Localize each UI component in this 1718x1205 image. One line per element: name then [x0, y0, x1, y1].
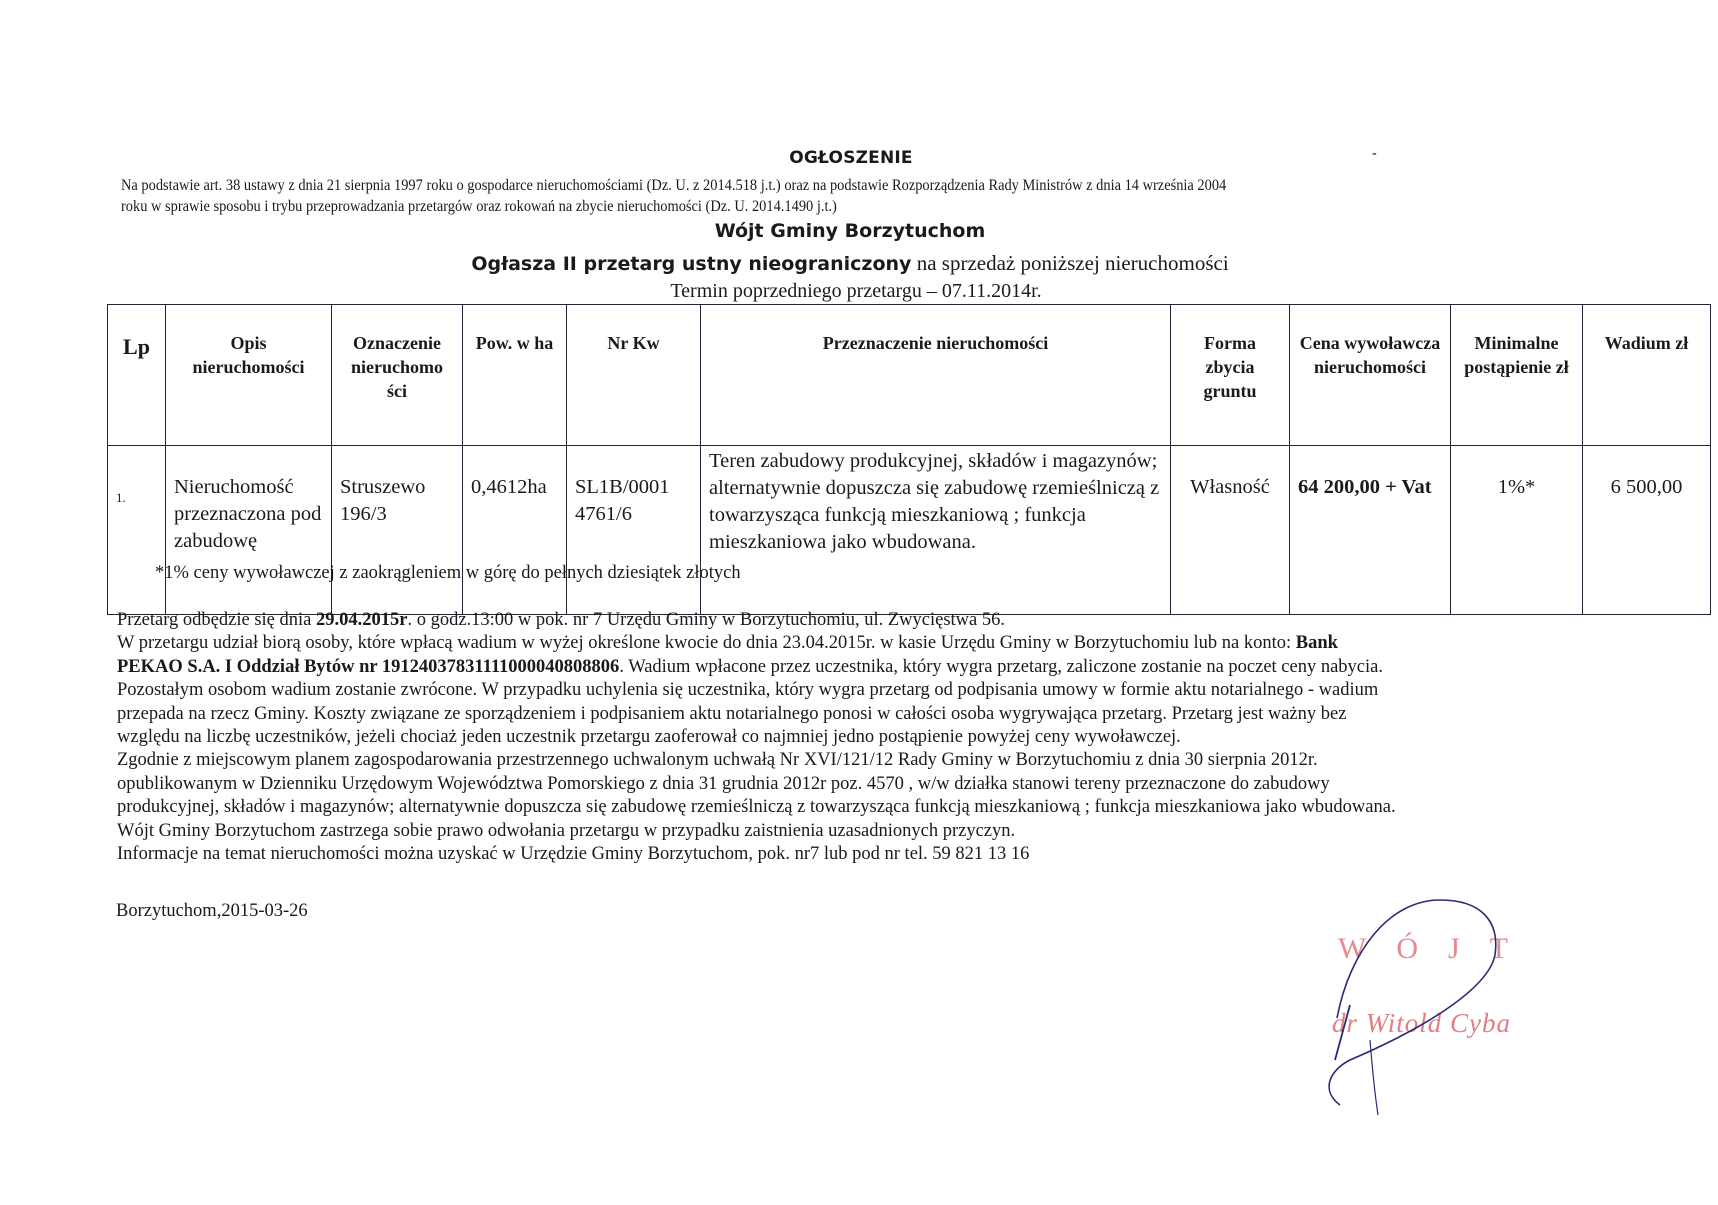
body-line: Wójt Gminy Borzytuchom zastrzega sobie p…: [117, 820, 1637, 843]
document-title: OGŁOSZENIE: [0, 148, 1710, 168]
cell-min-increment: 1%*: [1451, 446, 1583, 615]
header-area: Pow. w ha: [463, 305, 567, 446]
bank-account-line: PEKAO S.A. I Oddział Bytów nr 1912403783…: [117, 656, 1637, 679]
cell-price: 64 200,00 + Vat: [1290, 446, 1451, 615]
table-footnote: *1% ceny wywoławczej z zaokrągleniem w g…: [155, 563, 741, 584]
signature-icon: [1290, 860, 1590, 1130]
text-segment: . o godz.13:00 w pok. nr 7 Urzędu Gminy …: [407, 610, 1005, 630]
cell-deposit: 6 500,00: [1583, 446, 1711, 615]
table-row: 1. Nieruchomość przeznaczona pod zabudow…: [108, 446, 1711, 615]
auction-date: 29.04.2015r: [316, 610, 407, 630]
body-line: opublikowanym w Dzienniku Urzędowym Woje…: [117, 773, 1637, 796]
corner-mark: -: [1372, 146, 1377, 162]
cell-kw-number: SL1B/0001 4761/6: [567, 446, 701, 615]
text-segment: Przetarg odbędzie się dnia: [117, 610, 316, 630]
text-segment: W przetargu udział biorą osoby, które wp…: [117, 633, 1296, 653]
cell-designation: Struszewo 196/3: [332, 446, 463, 615]
header-kw-number: Nr Kw: [567, 305, 701, 446]
header-lp: Lp: [108, 305, 166, 446]
auction-date-line: Przetarg odbędzie się dnia 29.04.2015r. …: [117, 609, 1637, 632]
cell-description: Nieruchomość przeznaczona pod zabudowę: [166, 446, 332, 615]
legal-basis-line: roku w sprawie sposobu i trybu przeprowa…: [121, 196, 1479, 217]
cell-lp: 1.: [108, 446, 166, 615]
header-designation: Oznaczenie nieruchomo ści: [332, 305, 463, 446]
body-line: produkcyjnej, składów i magazynów; alter…: [117, 796, 1637, 819]
header-min-increment: Minimalne postąpienie zł: [1451, 305, 1583, 446]
table-header-row: Lp Opis nieruchomości Oznaczenie nieruch…: [108, 305, 1711, 446]
deposit-line: W przetargu udział biorą osoby, które wp…: [117, 632, 1637, 655]
previous-auction-date: Termin poprzedniego przetargu – 07.11.20…: [0, 280, 1715, 303]
announcement-heading: Ogłasza II przetarg ustny nieograniczony…: [0, 251, 1709, 276]
announcement-page: OGŁOSZENIE - Na podstawie art. 38 ustawy…: [0, 0, 1718, 1205]
body-line: Zgodnie z miejscowym planem zagospodarow…: [117, 749, 1637, 772]
cell-area: 0,4612ha: [463, 446, 567, 615]
bank-name: Bank: [1296, 633, 1338, 653]
body-line: względu na liczbę uczestników, jeżeli ch…: [117, 726, 1637, 749]
body-line: Pozostałym osobom wadium zostanie zwróco…: [117, 679, 1637, 702]
announcement-bold: Ogłasza II przetarg ustny nieograniczony: [471, 253, 911, 275]
header-price: Cena wywoławcza nieruchomości: [1290, 305, 1451, 446]
header-description: Opis nieruchomości: [166, 305, 332, 446]
issuing-authority: Wójt Gminy Borzytuchom: [0, 220, 1709, 242]
text-segment: . Wadium wpłacone przez uczestnika, któr…: [619, 657, 1383, 677]
bank-account: PEKAO S.A. I Oddział Bytów nr 1912403783…: [117, 657, 619, 677]
announcement-rest: na sprzedaż poniższej nieruchomości: [917, 251, 1229, 275]
place-and-date: Borzytuchom,2015-03-26: [116, 901, 308, 922]
body-line: przepada na rzecz Gminy. Koszty związane…: [117, 703, 1637, 726]
cell-purpose: Teren zabudowy produkcyjnej, składów i m…: [701, 446, 1171, 615]
legal-basis: Na podstawie art. 38 ustawy z dnia 21 si…: [121, 175, 1479, 217]
cell-form: Własność: [1171, 446, 1290, 615]
official-stamp: WÓJT dr Witold Cyba: [1290, 860, 1590, 1130]
header-form: Forma zbycia gruntu: [1171, 305, 1290, 446]
header-purpose: Przeznaczenie nieruchomości: [701, 305, 1171, 446]
auction-details: Przetarg odbędzie się dnia 29.04.2015r. …: [117, 609, 1637, 866]
header-deposit: Wadium zł: [1583, 305, 1711, 446]
legal-basis-line: Na podstawie art. 38 ustawy z dnia 21 si…: [121, 175, 1479, 196]
